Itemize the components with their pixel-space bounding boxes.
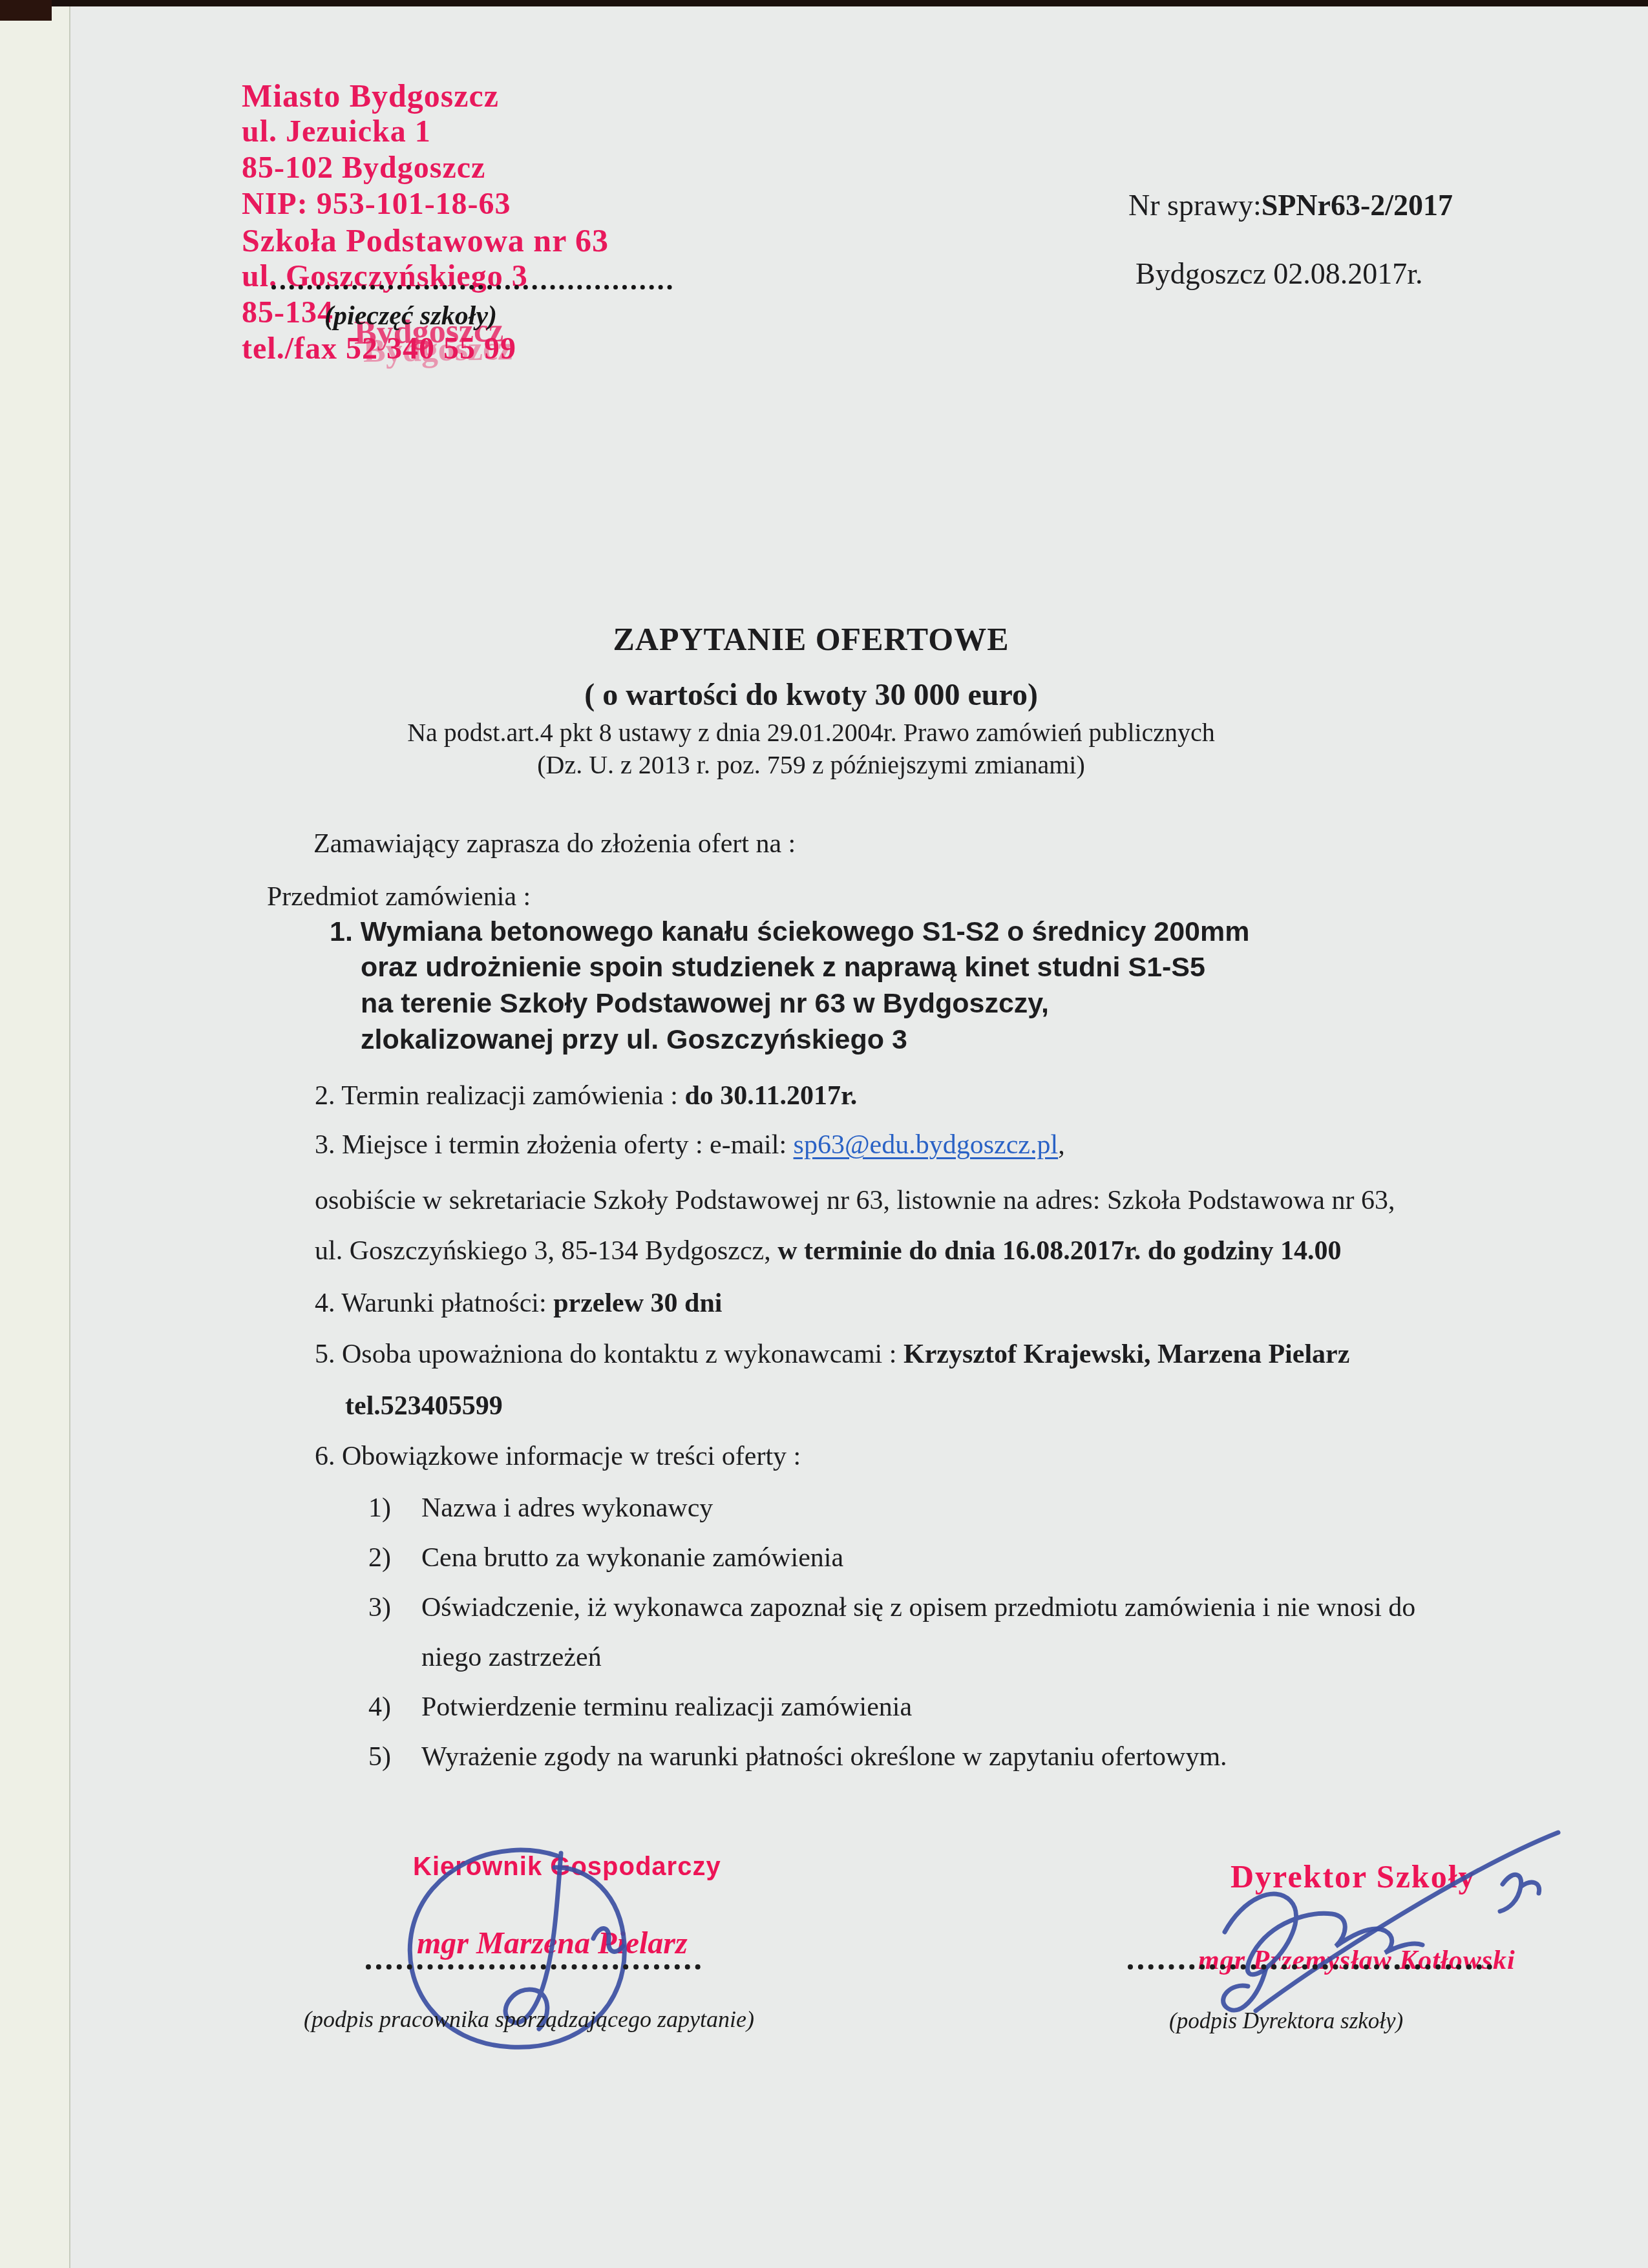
subitem-1: 1)Nazwa i adres wykonawcy: [368, 1493, 713, 1524]
document-subtitle: ( o wartości do kwoty 30 000 euro): [0, 677, 1635, 713]
item3-line2: osobiście w sekretariacie Szkoły Podstaw…: [315, 1185, 1395, 1216]
stamp-dotted-leader: [271, 285, 672, 289]
stamp-line-postal: 85-102 Bydgoszcz: [242, 150, 485, 185]
item3-line3: ul. Goszczyńskiego 3, 85-134 Bydgoszcz, …: [315, 1235, 1342, 1266]
case-number-label: Nr sprawy:: [1128, 189, 1262, 222]
subitem-2: 2)Cena brutto za wykonanie zamówienia: [368, 1542, 843, 1573]
right-handwritten-signature: [1199, 1822, 1600, 2016]
case-number-value: SPNr63-2/2017: [1262, 189, 1453, 222]
item5-contact-names: Krzysztof Krajewski, Marzena Pielarz: [903, 1339, 1349, 1369]
item2-deadline-value: do 30.11.2017r.: [684, 1081, 857, 1111]
scan-top-left-corner-shadow: [0, 0, 52, 21]
item3-deadline-value: w terminie do dnia 16.08.2017r. do godzi…: [777, 1236, 1341, 1266]
subitem-4: 4)Potwierdzenie terminu realizacji zamów…: [368, 1692, 912, 1723]
item1-number: 1.: [330, 916, 353, 947]
subitem-5: 5)Wyrażenie zgody na warunki płatności o…: [368, 1741, 1227, 1772]
item5-contact: 5. Osoba upoważniona do kontaktu z wykon…: [315, 1339, 1349, 1370]
email-link[interactable]: sp63@edu.bydgoszcz.pl: [794, 1130, 1059, 1160]
stamp-line-nip: NIP: 953-101-18-63: [242, 186, 511, 222]
right-signature-dotted-line: [1128, 1964, 1492, 1969]
item1-line4: zlokalizowanej przy ul. Goszczyńskiego 3: [361, 1022, 907, 1058]
legal-basis-line2: (Dz. U. z 2013 r. poz. 759 z późniejszym…: [0, 750, 1635, 780]
left-signature-dotted-line: [366, 1964, 701, 1969]
item4-payment-value: przelew 30 dni: [553, 1288, 722, 1318]
item4-payment: 4. Warunki płatności: przelew 30 dni: [315, 1288, 722, 1319]
item1-line3: na terenie Szkoły Podstawowej nr 63 w By…: [361, 986, 1049, 1022]
legal-basis-line1: Na podst.art.4 pkt 8 ustawy z dnia 29.01…: [0, 717, 1635, 748]
item1-line1: 1. Wymiana betonowego kanału ściekowego …: [330, 914, 1250, 950]
left-signature-caption: (podpis pracownika sporządzającego zapyt…: [304, 2006, 754, 2033]
stamp-line-school-name: Szkoła Podstawowa nr 63: [242, 222, 609, 260]
invitation-line: Zamawiający zaprasza do złożenia ofert n…: [313, 828, 796, 859]
stamp-line-street: ul. Jezuicka 1: [242, 114, 431, 149]
item2-deadline: 2. Termin realizacji zamówienia : do 30.…: [315, 1080, 857, 1111]
scanner-edge-strip: [0, 0, 70, 2268]
document-title: ZAPYTANIE OFERTOWE: [0, 620, 1635, 658]
city-date-line: Bydgoszcz 02.08.2017r.: [1136, 257, 1423, 291]
subject-label: Przedmiot zamówienia :: [267, 881, 531, 912]
item1-line2: oraz udrożnienie spoin studzienek z napr…: [361, 950, 1205, 985]
subitem-3: 3)Oświadczenie, iż wykonawca zapoznał si…: [368, 1592, 1415, 1623]
item5-phone: tel.523405599: [345, 1391, 503, 1422]
stamp-line-zip: 85-134: [242, 295, 333, 330]
scanned-document-page: Miasto Bydgoszcz ul. Jezuicka 1 85-102 B…: [0, 0, 1648, 2268]
subitem-3-wrap: niego zastrzeżeń: [368, 1642, 602, 1673]
case-number-line: Nr sprawy:SPNr63-2/2017: [1128, 189, 1453, 223]
stamp-line-telfax: tel./fax 52 340 55 99: [242, 331, 516, 366]
stamp-line-city-org: Miasto Bydgoszcz: [242, 78, 499, 115]
item6-label: 6. Obowiązkowe informacje w treści ofert…: [315, 1441, 801, 1472]
seal-placeholder-note: (pieczęć szkoły): [324, 300, 497, 331]
right-signature-caption: (podpis Dyrektora szkoły): [1169, 2008, 1403, 2034]
scan-top-shadow-bar: [0, 0, 1648, 6]
item3-submission: 3. Miejsce i termin złożenia oferty : e-…: [315, 1129, 1065, 1160]
